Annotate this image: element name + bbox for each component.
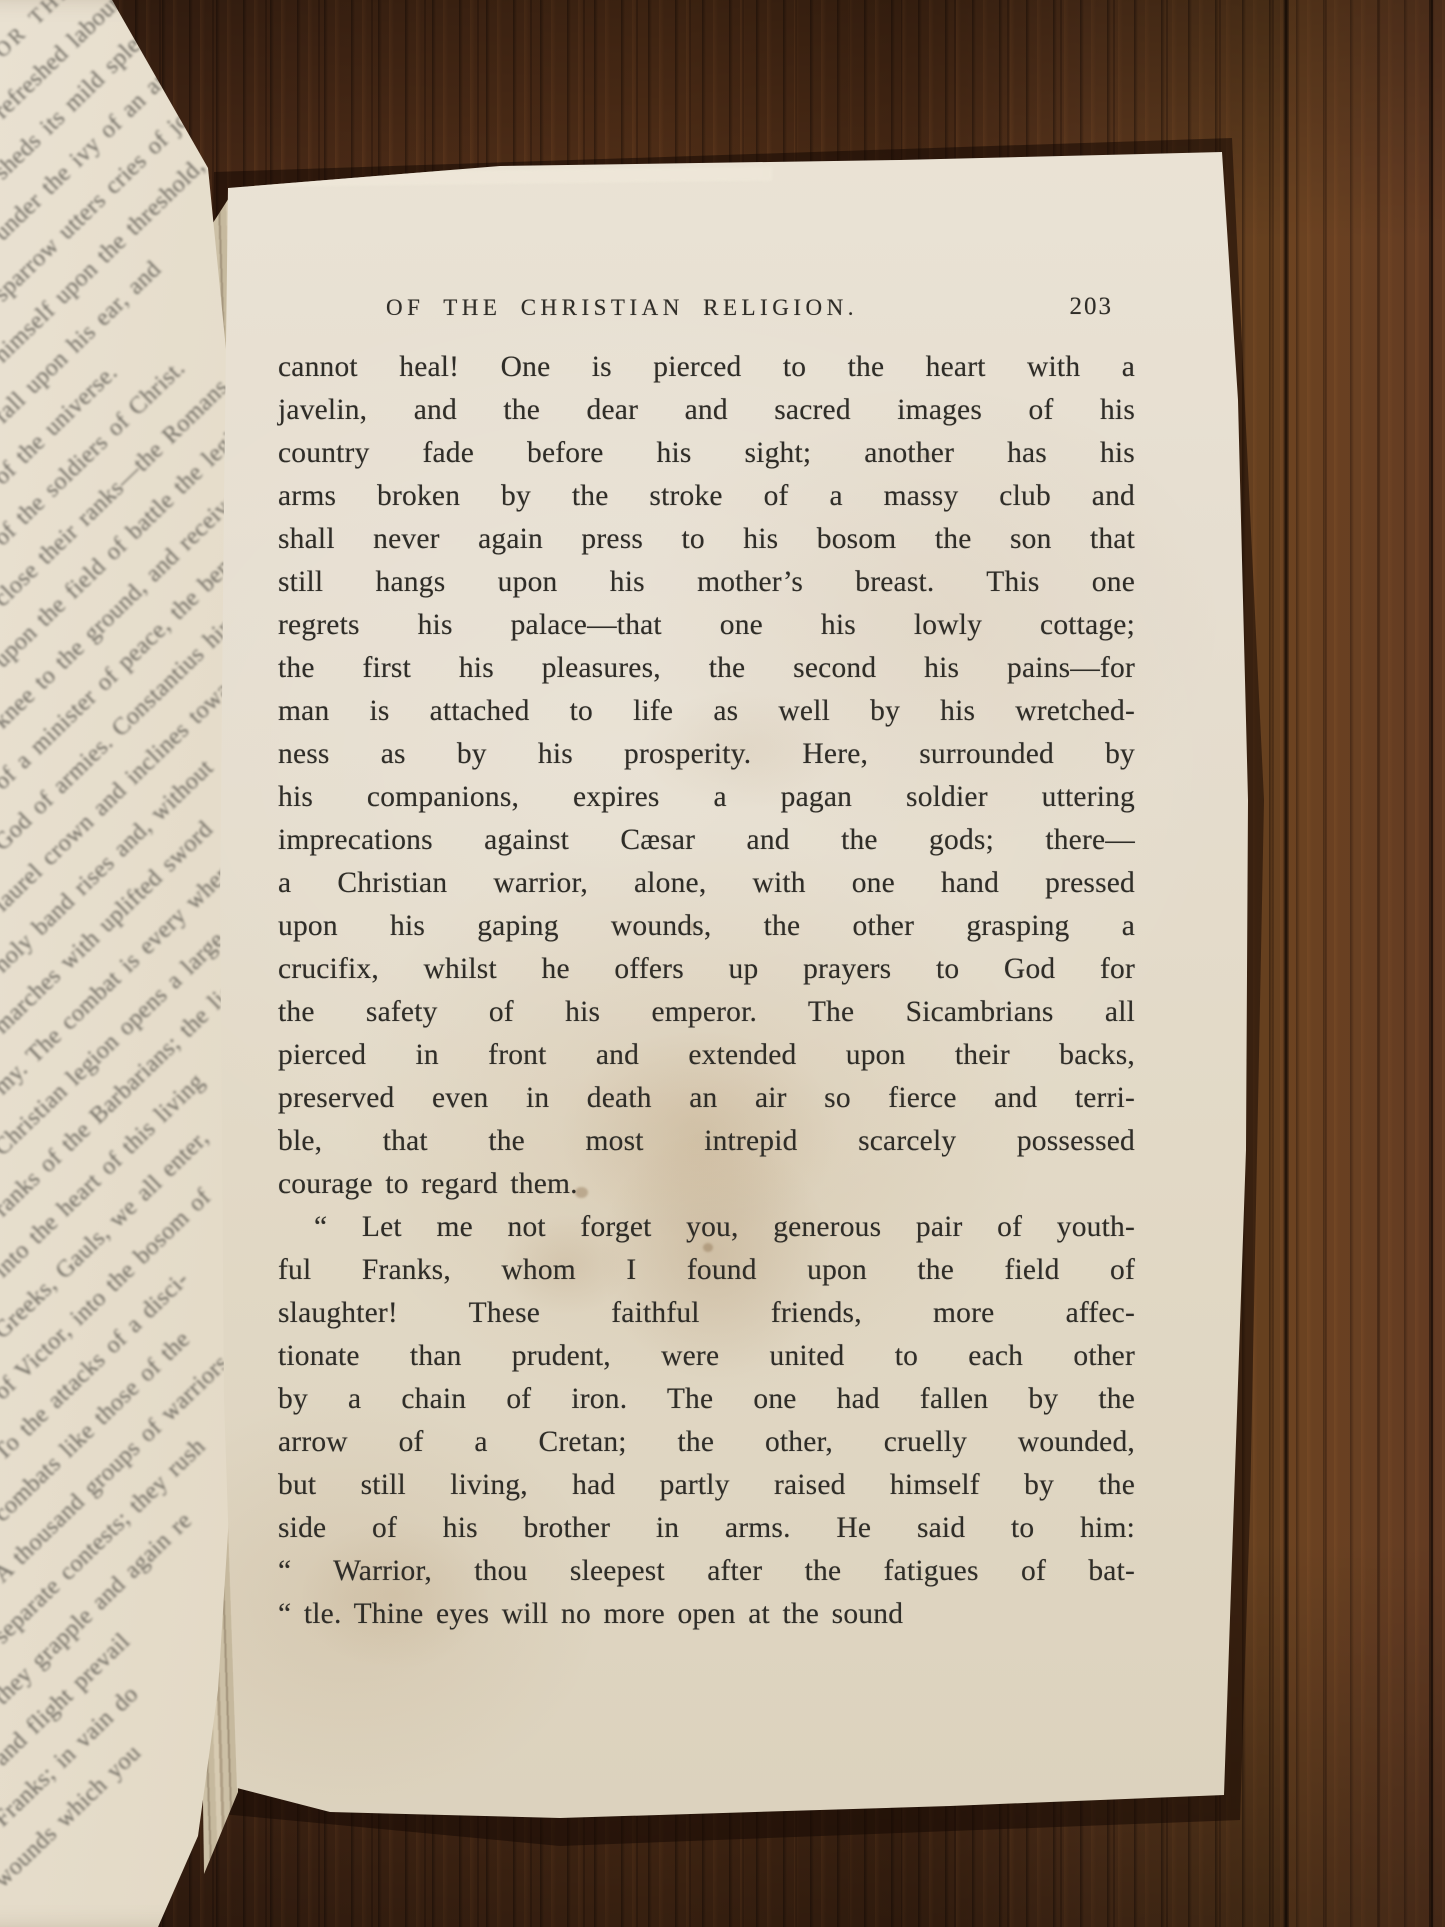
- text-line: crucifix, whilst he offers up prayers to…: [278, 948, 1135, 991]
- text-line: his companions, expires a pagan soldier …: [278, 776, 1135, 819]
- wood-plank-seam-2: [1429, 0, 1433, 1927]
- text-line: still hangs upon his mother’s breast. Th…: [278, 561, 1135, 604]
- text-line: ful Franks, whom I found upon the field …: [278, 1249, 1135, 1292]
- text-line: cannot heal! One is pierced to the heart…: [278, 346, 1135, 389]
- running-header-title: OF THE CHRISTIAN RELIGION.: [386, 295, 858, 321]
- wood-plank-right: [1289, 0, 1445, 1927]
- text-line: “ Let me not forget you, generous pair o…: [278, 1206, 1135, 1249]
- text-line: shall never again press to his bosom the…: [278, 518, 1135, 561]
- text-line: preserved even in death an air so fierce…: [278, 1077, 1135, 1120]
- text-line: imprecations against Cæsar and the gods;…: [278, 819, 1135, 862]
- text-line: a Christian warrior, alone, with one han…: [278, 862, 1135, 905]
- text-line: pierced in front and extended upon their…: [278, 1034, 1135, 1077]
- text-line: arms broken by the stroke of a massy clu…: [278, 475, 1135, 518]
- text-line: arrow of a Cretan; the other, cruelly wo…: [278, 1421, 1135, 1464]
- text-line: ble, that the most intrepid scarcely pos…: [278, 1120, 1135, 1163]
- page-number: 203: [1070, 293, 1114, 321]
- photo-of-open-book: OR THE TRIUMPH refreshed labourer admish…: [0, 0, 1445, 1927]
- text-line: but still living, had partly raised hims…: [278, 1464, 1135, 1507]
- page-text-block: cannot heal! One is pierced to the heart…: [278, 346, 1135, 1636]
- text-line: the first his pleasures, the second his …: [278, 647, 1135, 690]
- page-header: OF THE CHRISTIAN RELIGION. 203: [278, 293, 1135, 327]
- text-line: upon his gaping wounds, the other graspi…: [278, 905, 1135, 948]
- text-line: “ Warrior, thou sleepest after the fatig…: [278, 1550, 1135, 1593]
- text-line: by a chain of iron. The one had fallen b…: [278, 1378, 1135, 1421]
- text-line: “ tle. Thine eyes will no more open at t…: [278, 1593, 1135, 1636]
- text-line: man is attached to life as well by his w…: [278, 690, 1135, 733]
- text-line: regrets his palace—that one his lowly co…: [278, 604, 1135, 647]
- text-line: the safety of his emperor. The Sicambria…: [278, 991, 1135, 1034]
- text-line: side of his brother in arms. He said to …: [278, 1507, 1135, 1550]
- text-line: courage to regard them.: [278, 1163, 1135, 1206]
- text-line: tionate than prudent, were united to eac…: [278, 1335, 1135, 1378]
- text-line: slaughter! These faithful friends, more …: [278, 1292, 1135, 1335]
- text-line: ness as by his prosperity. Here, surroun…: [278, 733, 1135, 776]
- text-line: javelin, and the dear and sacred images …: [278, 389, 1135, 432]
- text-line: country fade before his sight; another h…: [278, 432, 1135, 475]
